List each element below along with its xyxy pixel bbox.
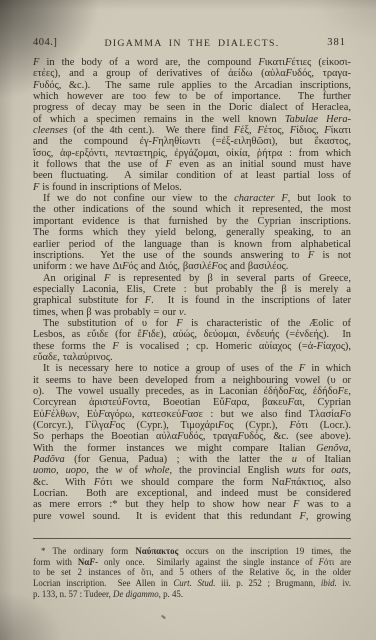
text-line: uniform : we have ΔιFός and Διός, βασιλέ… xyxy=(33,261,351,272)
text-line: as mere errors :* but they help to show … xyxy=(33,499,351,510)
text-line: Lesbos, as εὔιδε (for ἔFιδε), αὐώς, δεύο… xyxy=(33,329,351,340)
text-line: it follows that the use of F even as an … xyxy=(33,159,351,170)
text-line: cleenses (of the 4th cent.). We there fi… xyxy=(33,125,351,136)
text-line: &c. With Fότι we should compare the form… xyxy=(33,477,351,488)
running-head: DIGAMMA IN THE DIALECTS. xyxy=(33,38,351,49)
text-line: Padŏva (for Genua, Padua) ; with the lat… xyxy=(33,454,351,465)
text-line: it seems to have been developed from a n… xyxy=(33,375,351,386)
text-line: especially Laconia, Elis, Crete : but pr… xyxy=(33,284,351,295)
text-line: progress of decay may be seen in the Dor… xyxy=(33,102,351,113)
text-line: * The ordinary form Ναύπακτος occurs on … xyxy=(33,546,351,557)
text-line: Fυδός, &c.). The same rule applies to th… xyxy=(33,80,351,91)
text-line: which however are too few to be of impor… xyxy=(33,91,351,102)
text-line: these forms the F is vocalised ; cp. Hom… xyxy=(33,341,351,352)
book-page: 404.] DIGAMMA IN THE DIALECTS. 381 F in … xyxy=(0,0,376,640)
text-line: If we do not confine our view to the cha… xyxy=(33,193,351,204)
text-line: and the compound ἐγ-Fηληθίωντι (=ἐξ-ειλη… xyxy=(33,136,351,147)
text-line: the other indications of the sound which… xyxy=(33,204,351,215)
text-line: (Corcyr.), ΓίλγαFος (Cypr.), ΤιμοχάριFος… xyxy=(33,420,351,431)
text-line: So perhaps the Boeotian αὐλαFυδός, τραγα… xyxy=(33,431,351,442)
text-line: of which a specimen remains in the well … xyxy=(33,114,351,125)
text-line: ΕὐFέλθων, ΕὐFαγόρω, κατεσκεύFασε : but w… xyxy=(33,409,351,420)
footnote-rule xyxy=(33,538,351,539)
text-line: earlier period of the language than is k… xyxy=(33,239,351,250)
text-line: An original F is represented by β in sev… xyxy=(33,273,351,284)
text-line: form with ΝαF- only once. Similarly agai… xyxy=(33,557,351,568)
text-line: ο). The vowel usually precedes, as in La… xyxy=(33,386,351,397)
text-line: important evidence is that furnished by … xyxy=(33,216,351,227)
text-line: Locrian. Both are exceptional, and indee… xyxy=(33,488,351,499)
text-line: graphical substitute for F. It is found … xyxy=(33,295,351,306)
text-line: εὔαδε, ταλαύρινος. xyxy=(33,352,351,363)
text-line: pure vowel sound. It is evident that thi… xyxy=(33,511,351,522)
text-line: to be set 2 instances of ὅτι, and 5 othe… xyxy=(33,567,351,578)
text-line: been fluctuating. A similar condition of… xyxy=(33,170,351,181)
page-header: 404.] DIGAMMA IN THE DIALECTS. 381 xyxy=(33,37,351,51)
text-line: inscriptions. Yet the use of the sounds … xyxy=(33,250,351,261)
text-line: Corcyrean ἀριστεύFοντα, Boeotian ΕὔFαρα,… xyxy=(33,397,351,408)
body-text: F in the body of a word are, the compoun… xyxy=(33,57,351,522)
text-line: ετέες), and a group of derivatives of ἀε… xyxy=(33,68,351,79)
text-line: times, when β was probably = our v. xyxy=(33,307,351,318)
text-line: The substitution of υ for F is character… xyxy=(33,318,351,329)
page-number: 381 xyxy=(327,37,346,48)
text-line: F is found in inscriptions of Melos. xyxy=(33,182,351,193)
text-line: With the former instances we might compa… xyxy=(33,443,351,454)
text-line: uomo, uopo, the w of whole, the provinci… xyxy=(33,465,351,476)
text-line: p. 133, n. 57 : Tudeer, De digammo, p. 4… xyxy=(33,589,351,600)
text-line: The forms which they yield belong, gener… xyxy=(33,227,351,238)
text-line: F in the body of a word are, the compoun… xyxy=(33,57,351,68)
text-line: Locrian inscription. See Allen in Curt. … xyxy=(33,578,351,589)
text-line: ἴσος, ἀφ-ερξόντι, πενταετηρίς, ἐργάζομαι… xyxy=(33,148,351,159)
scan-speck xyxy=(161,615,166,620)
text-line: It is necessary here to notice a group o… xyxy=(33,363,351,374)
footnote-text: * The ordinary form Ναύπακτος occurs on … xyxy=(33,546,351,600)
